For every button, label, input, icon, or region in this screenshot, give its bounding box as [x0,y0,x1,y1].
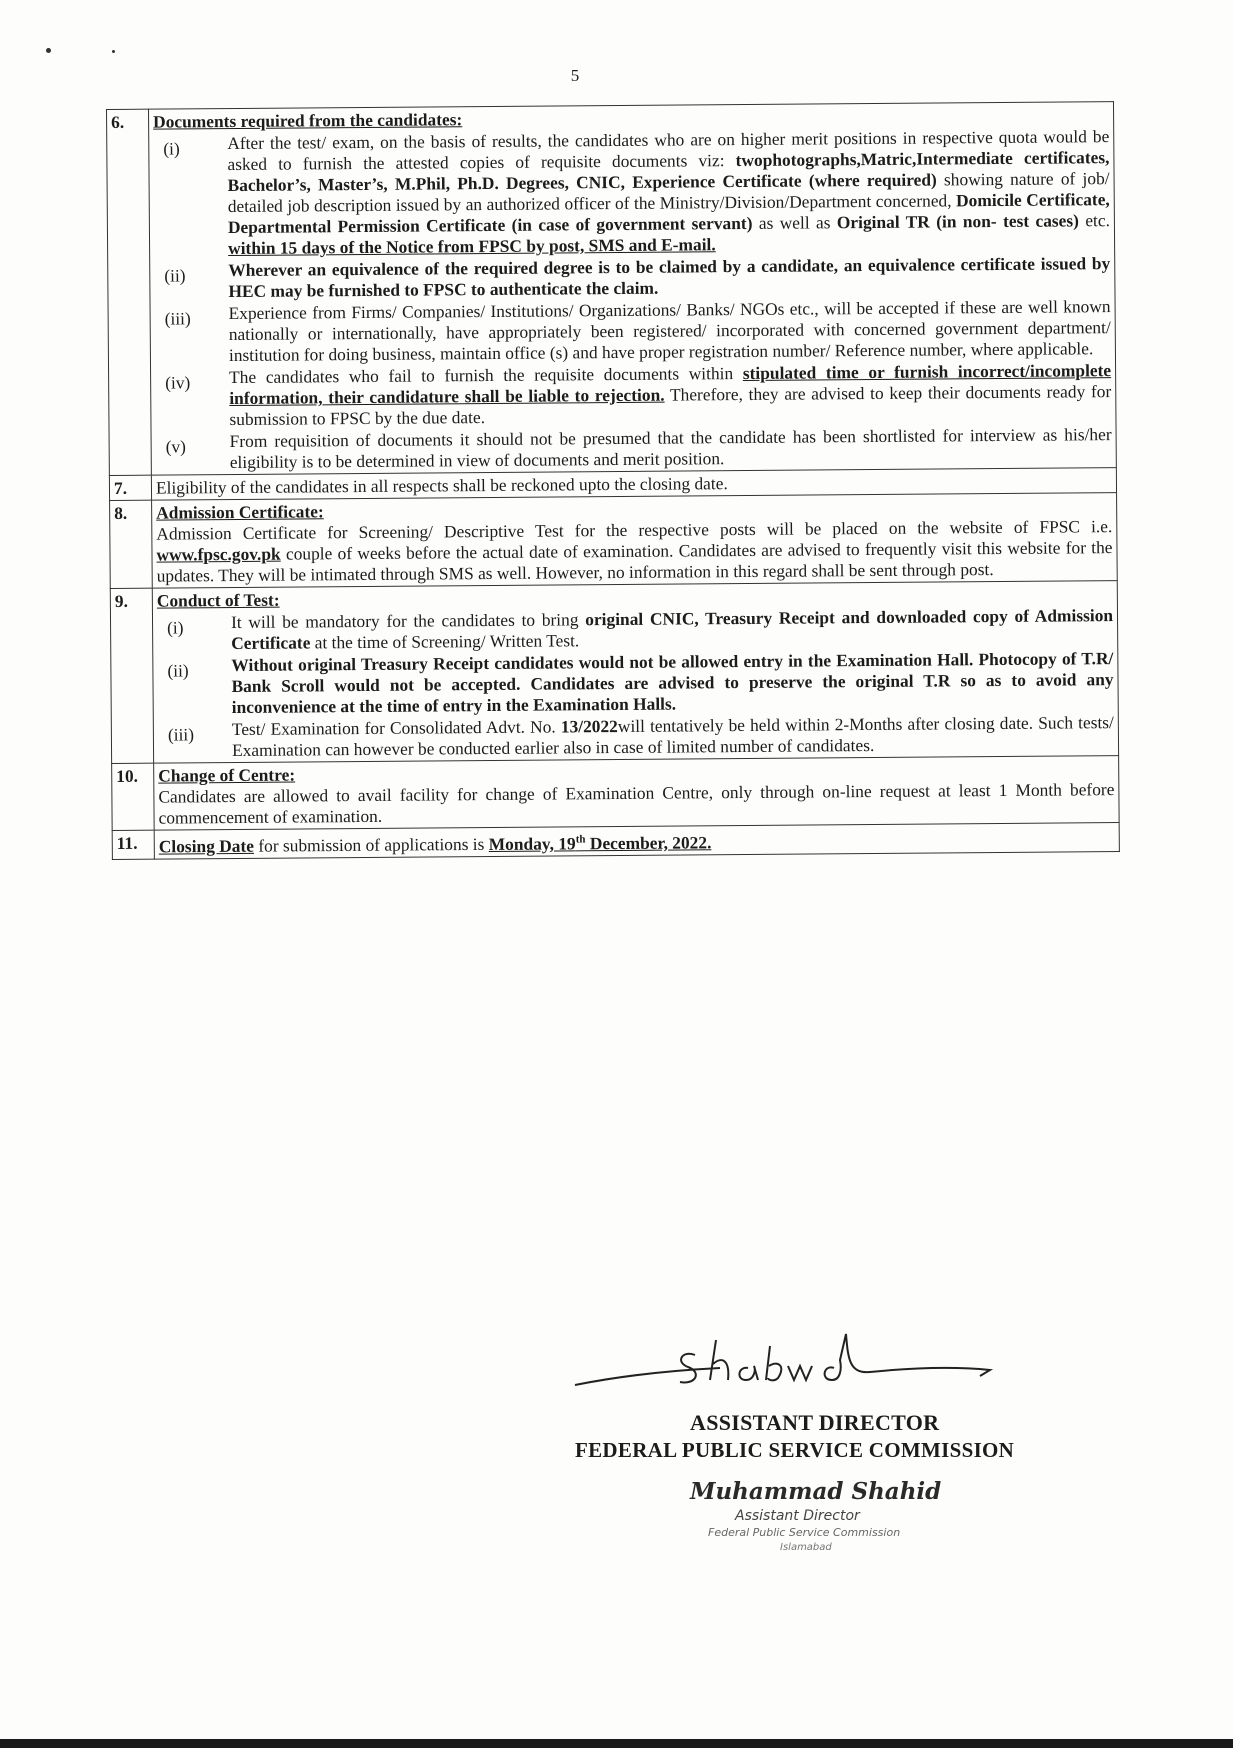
sub-item-marker: (iv) [155,367,229,431]
sub-item-marker: (i) [153,133,228,260]
section-8: 8. Admission Certificate: Admission Cert… [110,493,1118,589]
stamp-name: Muhammad Shahid [690,1478,941,1505]
sub-item: (iii) Test/ Examination for Consolidated… [158,712,1114,762]
section-6: 6. Documents required from the candidate… [107,102,1117,476]
section-number: 10. [112,763,155,830]
section-number: 9. [110,588,153,763]
sub-item: (i) It will be mandatory for the candida… [157,605,1113,655]
sub-item-marker: (iii) [158,719,232,762]
section-9: 9. Conduct of Test: (i) It will be manda… [110,581,1118,764]
stamp-city: Islamabad [780,1542,832,1553]
section-number: 11. [112,830,154,859]
handwritten-signature-icon [570,1330,1010,1390]
sub-item: (iv) The candidates who fail to furnish … [155,360,1111,431]
sub-item: (i) After the test/ exam, on the basis o… [153,126,1110,260]
page-number: 5 [0,66,1150,86]
scan-speck [112,50,115,53]
section-number: 6. [107,109,152,475]
signatory-title: ASSISTANT DIRECTOR [690,1410,939,1436]
closing-date-label: Closing Date [159,836,254,857]
sub-item: (ii) Without original Treasury Receipt c… [157,648,1113,719]
sub-item-marker: (v) [156,431,230,474]
sub-item: (ii) Wherever an equivalence of the requ… [154,253,1110,303]
stamp-designation: Assistant Director [735,1508,860,1524]
scan-speck [46,48,51,53]
closing-date-value: Monday, 19th December, 2022. [489,832,712,854]
notice-table: 6. Documents required from the candidate… [106,101,1120,860]
sub-item-marker: (i) [157,612,231,655]
stamp-organization: Federal Public Service Commission [708,1526,900,1539]
section-number: 8. [110,500,153,588]
sub-item-marker: (ii) [157,655,231,719]
signatory-organization: FEDERAL PUBLIC SERVICE COMMISSION [575,1438,1014,1463]
fpsc-website-link[interactable]: www.fpsc.gov.pk [156,544,280,565]
scan-bottom-edge [0,1739,1233,1748]
section-text: Candidates are allowed to avail facility… [158,779,1114,829]
section-10: 10. Change of Centre: Candidates are all… [112,756,1119,831]
sub-item: (iii) Experience from Firms/ Companies/ … [155,296,1111,367]
sub-item-marker: (iii) [155,303,229,367]
sub-item: (v) From requisition of documents it sho… [156,424,1112,474]
sub-item-marker: (ii) [154,260,228,303]
section-number: 7. [109,475,151,500]
